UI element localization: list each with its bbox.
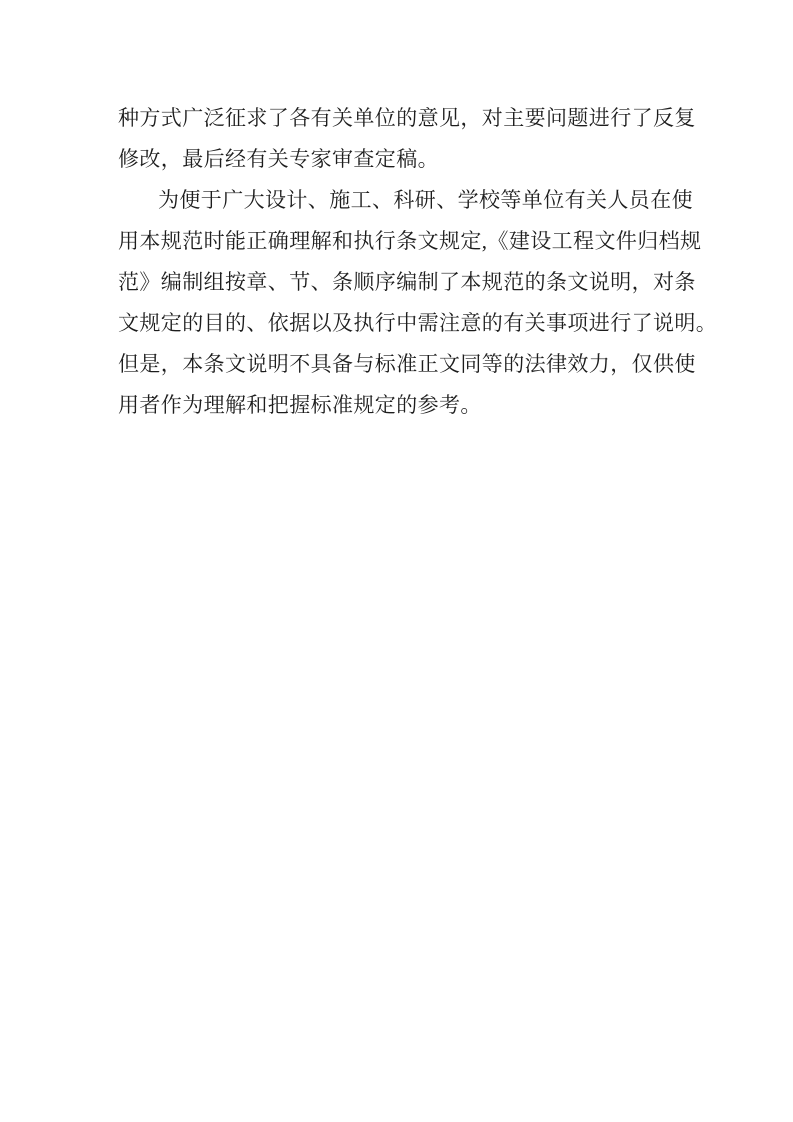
text-line: 修改，最后经有关专家审查定稿。 bbox=[118, 139, 688, 180]
text-line: 种方式广泛征求了各有关单位的意见，对主要问题进行了反复 bbox=[118, 98, 688, 139]
text-line: 为便于广大设计、施工、科研、学校等单位有关人员在使 bbox=[118, 180, 688, 221]
text-line: 但是，本条文说明不具备与标准正文同等的法律效力，仅供使 bbox=[118, 344, 688, 385]
text-line: 用者作为理解和把握标准规定的参考。 bbox=[118, 385, 688, 426]
body-text: 种方式广泛征求了各有关单位的意见，对主要问题进行了反复 修改，最后经有关专家审查… bbox=[118, 98, 688, 426]
text-line: 范》编制组按章、节、条顺序编制了本规范的条文说明，对条 bbox=[118, 262, 688, 303]
text-line: 文规定的目的、依据以及执行中需注意的有关事项进行了说明。 bbox=[118, 303, 688, 344]
document-page: 种方式广泛征求了各有关单位的意见，对主要问题进行了反复 修改，最后经有关专家审查… bbox=[0, 0, 793, 1122]
text-line: 用本规范时能正确理解和执行条文规定,《建设工程文件归档规 bbox=[118, 221, 688, 262]
